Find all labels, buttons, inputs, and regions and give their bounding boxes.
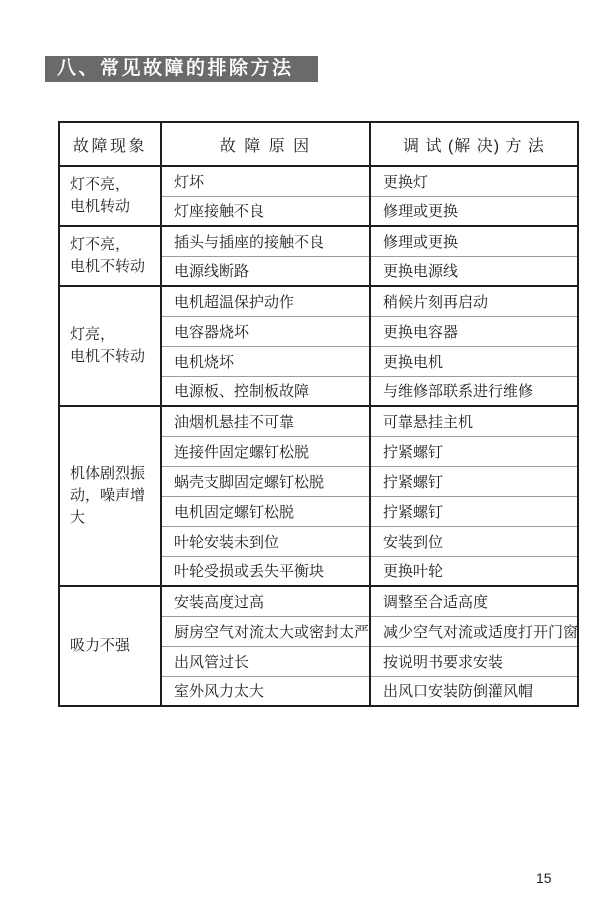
solution-cell: 更换电源线 — [370, 256, 578, 286]
cause-cell: 连接件固定螺钉松脱 — [161, 436, 370, 466]
cause-cell: 室外风力太大 — [161, 676, 370, 706]
cause-cell: 灯座接触不良 — [161, 196, 370, 226]
solution-cell: 调整至合适高度 — [370, 586, 578, 616]
header-phenomenon: 故障现象 — [59, 122, 161, 166]
cause-cell: 电源板、控制板故障 — [161, 376, 370, 406]
solution-cell: 减少空气对流或适度打开门窗 — [370, 616, 578, 646]
solution-cell: 拧紧螺钉 — [370, 496, 578, 526]
cause-cell: 叶轮安装未到位 — [161, 526, 370, 556]
section-title-bar: 八、常见故障的排除方法 — [45, 56, 318, 82]
cause-cell: 电容器烧坏 — [161, 316, 370, 346]
solution-cell: 与维修部联系进行维修 — [370, 376, 578, 406]
solution-cell: 更换电机 — [370, 346, 578, 376]
cause-cell: 电机超温保护动作 — [161, 286, 370, 316]
header-solution: 调 试 (解 决) 方 法 — [370, 122, 578, 166]
cause-cell: 插头与插座的接触不良 — [161, 226, 370, 256]
troubleshooting-table: 故障现象 故 障 原 因 调 试 (解 决) 方 法 灯不亮， 电机转动 灯坏 … — [58, 121, 579, 707]
phenomenon-line: 灯不亮， — [70, 234, 156, 256]
phenomenon-cell: 灯亮， 电机不转动 — [59, 286, 161, 406]
cause-cell: 安装高度过高 — [161, 586, 370, 616]
cause-cell: 电机固定螺钉松脱 — [161, 496, 370, 526]
phenomenon-cell: 灯不亮， 电机转动 — [59, 166, 161, 226]
table-row: 机体剧烈振 动，噪声增 大 油烟机悬挂不可靠 可靠悬挂主机 — [59, 406, 578, 436]
cause-cell: 出风管过长 — [161, 646, 370, 676]
table-row: 灯不亮， 电机转动 灯坏 更换灯 — [59, 166, 578, 196]
phenomenon-line: 机体剧烈振 — [70, 463, 156, 485]
phenomenon-cell: 灯不亮， 电机不转动 — [59, 226, 161, 286]
solution-cell: 修理或更换 — [370, 196, 578, 226]
solution-cell: 拧紧螺钉 — [370, 466, 578, 496]
solution-cell: 更换灯 — [370, 166, 578, 196]
manual-page: 八、常见故障的排除方法 故障现象 故 障 原 因 调 试 (解 决) 方 法 灯… — [0, 0, 593, 909]
section-title: 八、常见故障的排除方法 — [57, 58, 294, 79]
cause-cell: 厨房空气对流太大或密封太严 — [161, 616, 370, 646]
solution-cell: 可靠悬挂主机 — [370, 406, 578, 436]
solution-cell: 安装到位 — [370, 526, 578, 556]
phenomenon-line: 电机转动 — [70, 196, 156, 218]
cause-cell: 叶轮受损或丢失平衡块 — [161, 556, 370, 586]
solution-cell: 拧紧螺钉 — [370, 436, 578, 466]
phenomenon-cell: 机体剧烈振 动，噪声增 大 — [59, 406, 161, 586]
phenomenon-cell: 吸力不强 — [59, 586, 161, 706]
solution-cell: 稍候片刻再启动 — [370, 286, 578, 316]
phenomenon-line: 电机不转动 — [70, 256, 156, 278]
table-row: 灯不亮， 电机不转动 插头与插座的接触不良 修理或更换 — [59, 226, 578, 256]
cause-cell: 蜗壳支脚固定螺钉松脱 — [161, 466, 370, 496]
solution-cell: 按说明书要求安装 — [370, 646, 578, 676]
table-row: 吸力不强 安装高度过高 调整至合适高度 — [59, 586, 578, 616]
phenomenon-line: 大 — [70, 507, 156, 529]
cause-cell: 灯坏 — [161, 166, 370, 196]
solution-cell: 更换叶轮 — [370, 556, 578, 586]
table-header-row: 故障现象 故 障 原 因 调 试 (解 决) 方 法 — [59, 122, 578, 166]
phenomenon-line: 电机不转动 — [70, 346, 156, 368]
solution-cell: 出风口安装防倒灌风帽 — [370, 676, 578, 706]
cause-cell: 电源线断路 — [161, 256, 370, 286]
table-row: 灯亮， 电机不转动 电机超温保护动作 稍候片刻再启动 — [59, 286, 578, 316]
solution-cell: 修理或更换 — [370, 226, 578, 256]
phenomenon-line: 灯亮， — [70, 324, 156, 346]
solution-cell: 更换电容器 — [370, 316, 578, 346]
phenomenon-line: 动，噪声增 — [70, 485, 156, 507]
cause-cell: 油烟机悬挂不可靠 — [161, 406, 370, 436]
header-cause: 故 障 原 因 — [161, 122, 370, 166]
phenomenon-line: 灯不亮， — [70, 174, 156, 196]
cause-cell: 电机烧坏 — [161, 346, 370, 376]
phenomenon-line: 吸力不强 — [70, 635, 156, 657]
page-number: 15 — [536, 870, 552, 886]
